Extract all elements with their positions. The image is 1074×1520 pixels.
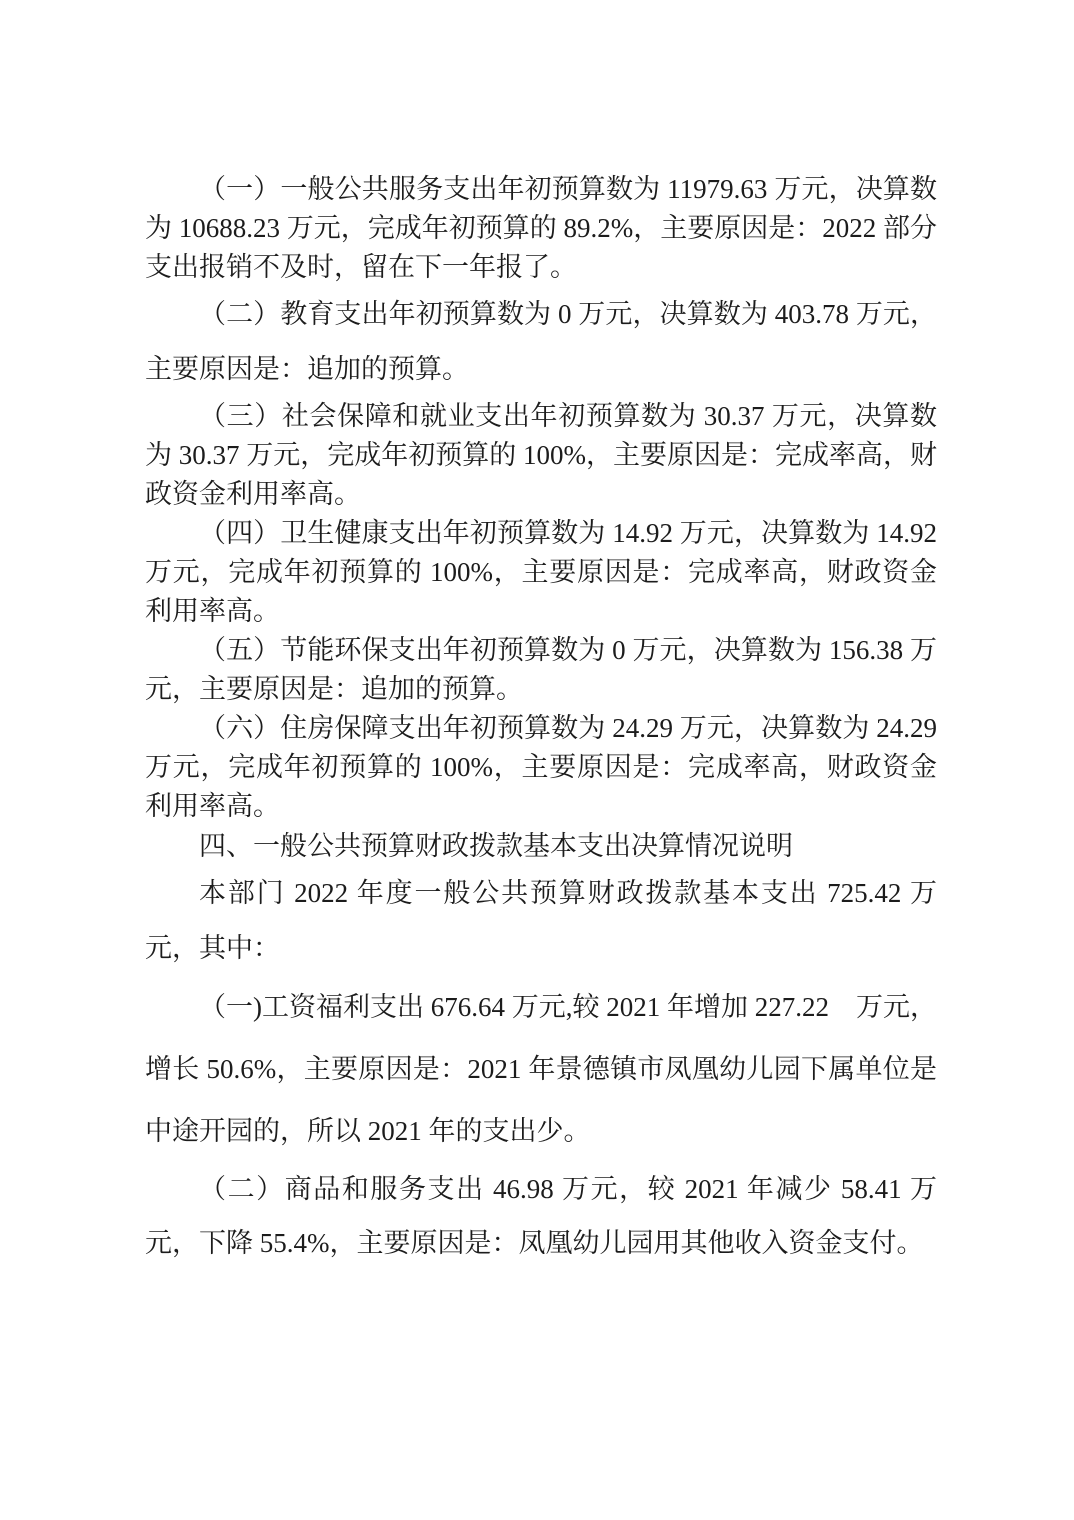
paragraph-basic-item-2: （二）商品和服务支出 46.98 万元，较 2021 年减少 58.41 万元，… (145, 1162, 937, 1270)
document-page: （一）一般公共服务支出年初预算数为 11979.63 万元，决算数为 10688… (0, 0, 1074, 1520)
document-body: （一）一般公共服务支出年初预算数为 11979.63 万元，决算数为 10688… (145, 170, 937, 1270)
paragraph-basic-item-1: （一)工资福利支出 676.64 万元,较 2021 年增加 227.22 万元… (145, 976, 937, 1162)
paragraph-fund-item-5: （五）节能环保支出年初预算数为 0 万元，决算数为 156.38 万元，主要原因… (145, 631, 937, 709)
paragraph-fund-item-1: （一）一般公共服务支出年初预算数为 11979.63 万元，决算数为 10688… (145, 170, 937, 287)
paragraph-fund-item-3: （三）社会保障和就业支出年初预算数为 30.37 万元，决算数为 30.37 万… (145, 397, 937, 514)
paragraph-fund-item-6: （六）住房保障支出年初预算数为 24.29 万元，决算数为 24.29 万元，完… (145, 709, 937, 826)
paragraph-fund-item-2: （二）教育支出年初预算数为 0 万元，决算数为 403.78 万元，主要原因是：… (145, 287, 937, 397)
section-four-intro: 本部门 2022 年度一般公共预算财政拨款基本支出 725.42 万元，其中： (145, 866, 937, 976)
section-four-heading: 四、一般公共预算财政拨款基本支出决算情况说明 (145, 826, 937, 866)
paragraph-fund-item-4: （四）卫生健康支出年初预算数为 14.92 万元，决算数为 14.92 万元，完… (145, 514, 937, 631)
